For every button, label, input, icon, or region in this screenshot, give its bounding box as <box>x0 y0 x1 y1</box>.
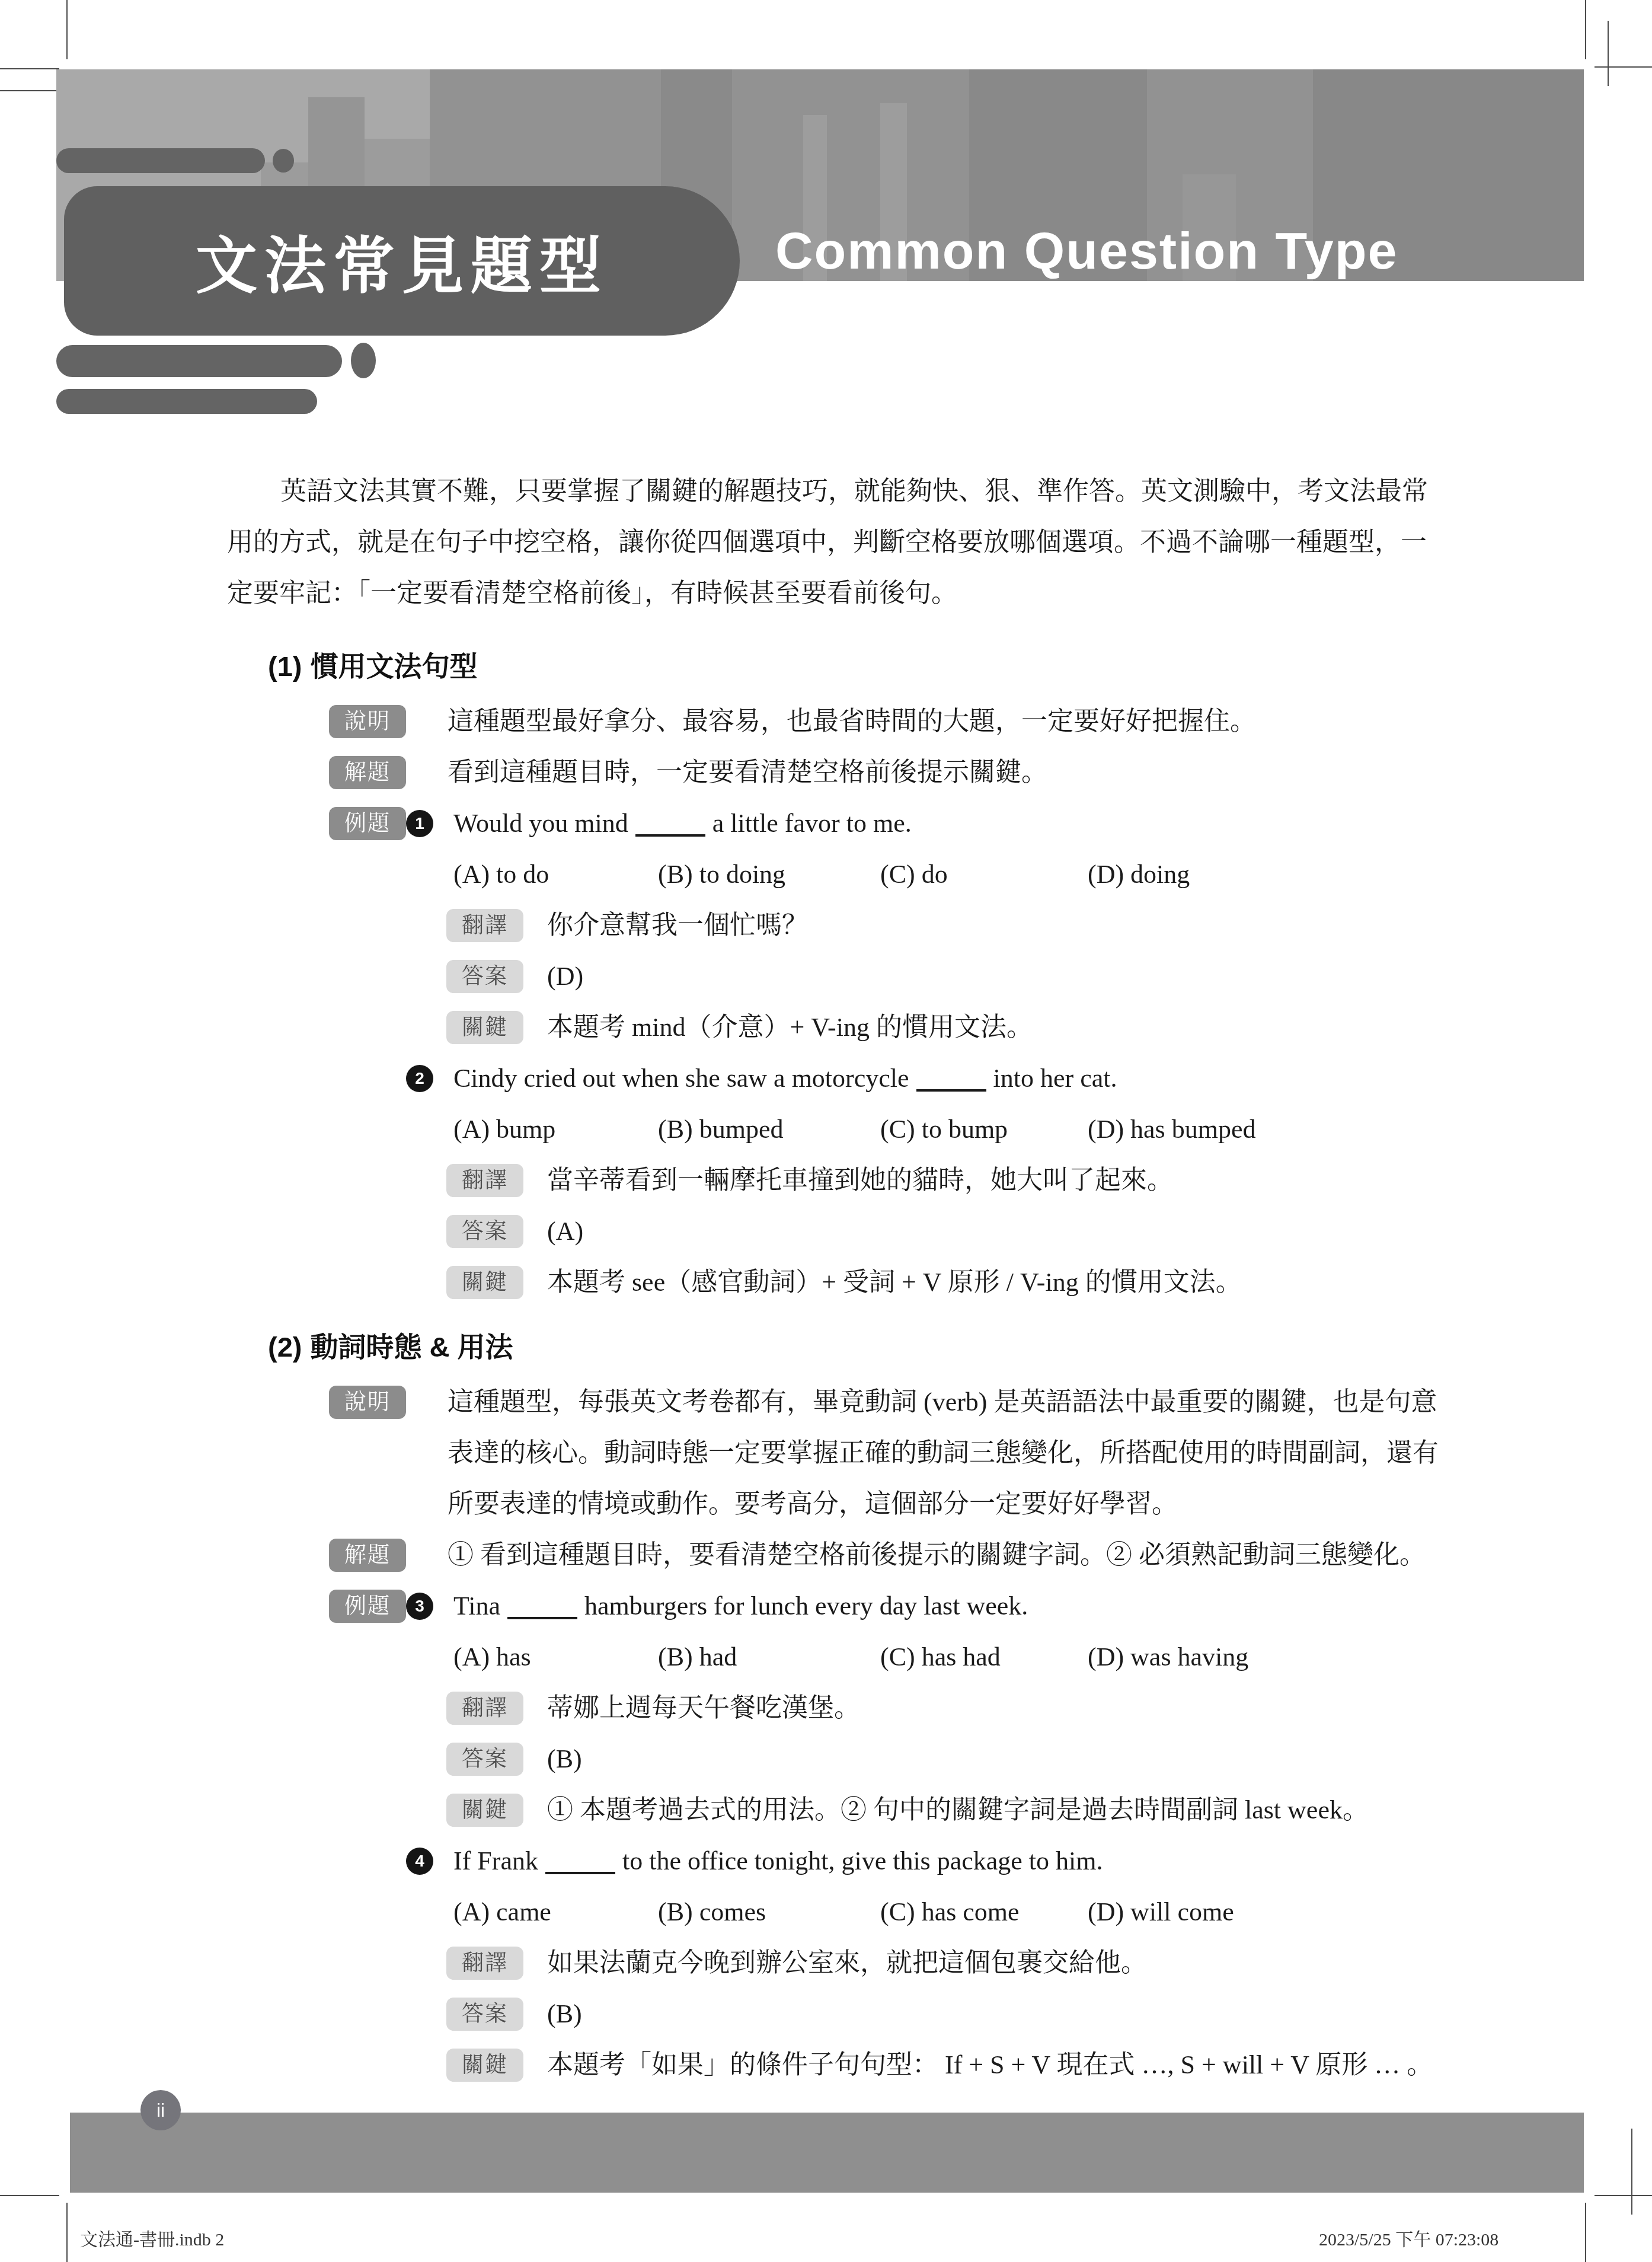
translation-text: 如果法蘭克今晚到辦公室來，就把這個包裹交給他。 <box>547 1938 1555 1989</box>
option-d: (D) doing <box>1088 849 1652 900</box>
key-badge: 關鍵 <box>446 2049 523 2082</box>
crop-mark <box>1595 66 1652 68</box>
blank-underline <box>507 1611 577 1619</box>
explain-text: 這種題型最好拿分、最容易，也最省時間的大題，一定要好好把握住。 <box>448 696 1455 747</box>
options-row: (A) has (B) had (C) has had (D) was havi… <box>453 1632 1652 1683</box>
options-row: (A) bump (B) bumped (C) to bump (D) has … <box>453 1104 1652 1155</box>
explain-text: 這種題型，每張英文考卷都有，畢竟動詞 (verb) 是英語語法中最重要的關鍵，也… <box>448 1377 1455 1530</box>
option-b: (B) comes <box>658 1887 880 1938</box>
option-a: (A) has <box>453 1632 658 1683</box>
key-row: 關鍵 本題考 see（感官動詞）+ 受詞 + V 原形 / V-ing 的慣用文… <box>446 1257 1652 1308</box>
question-row: 例題 1 Would you minda little favor to me. <box>329 798 1652 849</box>
option-a: (A) to do <box>453 849 658 900</box>
crop-mark <box>1585 0 1586 59</box>
question-before: Cindy cried out when she saw a motorcycl… <box>453 1064 909 1093</box>
question-number: 1 <box>406 810 433 837</box>
question-row: 例題 3 Tinahamburgers for lunch every day … <box>329 1581 1652 1632</box>
option-d: (D) was having <box>1088 1632 1652 1683</box>
translation-text: 你介意幫我一個忙嗎？ <box>547 900 1555 951</box>
question-row: 4 If Frankto the office tonight, give th… <box>406 1836 1652 1887</box>
section-title: 慣用文法句型 <box>310 650 477 682</box>
crop-mark <box>1595 2195 1652 2196</box>
solve-text: 看到這種題目時，一定要看清楚空格前後提示關鍵。 <box>448 747 1455 798</box>
chapter-title: 文法常見題型 <box>196 216 608 305</box>
explain-badge: 說明 <box>329 705 406 738</box>
blank-underline <box>635 828 705 837</box>
example-badge: 例題 <box>329 807 406 840</box>
option-b: (B) had <box>658 1632 880 1683</box>
blank-underline <box>545 1866 615 1874</box>
decorative-bar <box>56 389 317 414</box>
title-pill: 文法常見題型 <box>64 186 740 336</box>
key-badge: 關鍵 <box>446 1266 523 1299</box>
file-info: 文法通-書冊.indb 2 <box>80 2225 224 2251</box>
option-d: (D) has bumped <box>1088 1104 1652 1155</box>
crop-mark <box>1585 2203 1586 2262</box>
question-after: to the office tonight, give this package… <box>622 1846 1103 1875</box>
solve-row: 解題 看到這種題目時，一定要看清楚空格前後提示關鍵。 <box>329 747 1652 798</box>
chapter-title-en: Common Question Type <box>775 221 1398 281</box>
option-d: (D) will come <box>1088 1887 1652 1938</box>
answer-badge: 答案 <box>446 1998 523 2031</box>
footer-bar <box>70 2113 1584 2193</box>
key-badge: 關鍵 <box>446 1794 523 1827</box>
solve-badge: 解題 <box>329 756 406 789</box>
options-row: (A) came (B) comes (C) has come (D) will… <box>453 1887 1652 1938</box>
key-badge: 關鍵 <box>446 1011 523 1044</box>
solve-row: 解題 ① 看到這種題目時，要看清楚空格前後提示的關鍵字詞。② 必須熟記動詞三態變… <box>329 1530 1652 1581</box>
option-c: (C) has had <box>880 1632 1088 1683</box>
crop-mark <box>66 0 68 59</box>
question-before: If Frank <box>453 1846 538 1875</box>
page-content: 英語文法其實不難，只要掌握了關鍵的解題技巧，就能夠快、狠、準作答。英文測驗中，考… <box>0 440 1652 2091</box>
translation-badge: 翻譯 <box>446 1164 523 1197</box>
option-b: (B) bumped <box>658 1104 880 1155</box>
section-heading: (1)慣用文法句型 <box>268 645 1652 688</box>
question-text: Cindy cried out when she saw a motorcycl… <box>453 1053 1461 1104</box>
intro-paragraph: 英語文法其實不難，只要掌握了關鍵的解題技巧，就能夠快、狠、準作答。英文測驗中，考… <box>227 466 1431 619</box>
answer-text: (A) <box>547 1206 1555 1257</box>
section-heading: (2)動詞時態 & 用法 <box>268 1326 1652 1368</box>
key-row: 關鍵 本題考 mind（介意）+ V-ing 的慣用文法。 <box>446 1002 1652 1053</box>
answer-row: 答案 (D) <box>446 951 1652 1002</box>
decorative-bar <box>56 345 342 377</box>
key-text: 本題考 mind（介意）+ V-ing 的慣用文法。 <box>547 1002 1555 1053</box>
translation-row: 翻譯 如果法蘭克今晚到辦公室來，就把這個包裹交給他。 <box>446 1938 1652 1989</box>
translation-badge: 翻譯 <box>446 1692 523 1725</box>
crop-mark <box>0 68 59 69</box>
answer-text: (D) <box>547 951 1555 1002</box>
solve-text: ① 看到這種題目時，要看清楚空格前後提示的關鍵字詞。② 必須熟記動詞三態變化。 <box>448 1530 1455 1581</box>
key-text: 本題考「如果」的條件子句句型： If + S + V 現在式 …, S + wi… <box>547 2040 1555 2091</box>
page-number-badge: ii <box>140 2090 181 2130</box>
translation-badge: 翻譯 <box>446 909 523 942</box>
question-number: 4 <box>406 1848 433 1875</box>
explain-row: 說明 這種題型，每張英文考卷都有，畢竟動詞 (verb) 是英語語法中最重要的關… <box>329 1377 1652 1530</box>
option-c: (C) do <box>880 849 1088 900</box>
crop-mark <box>66 2203 68 2262</box>
section-title: 動詞時態 & 用法 <box>310 1331 513 1363</box>
answer-badge: 答案 <box>446 1215 523 1248</box>
answer-row: 答案 (A) <box>446 1206 1652 1257</box>
translation-badge: 翻譯 <box>446 1947 523 1980</box>
question-after: hamburgers for lunch every day last week… <box>584 1591 1028 1620</box>
section-number: (1) <box>268 650 302 682</box>
translation-row: 翻譯 你介意幫我一個忙嗎？ <box>446 900 1652 951</box>
question-before: Tina <box>453 1591 500 1620</box>
crop-mark <box>1631 2129 1632 2215</box>
option-a: (A) came <box>453 1887 658 1938</box>
options-row: (A) to do (B) to doing (C) do (D) doing <box>453 849 1652 900</box>
answer-text: (B) <box>547 1734 1555 1785</box>
solve-badge: 解題 <box>329 1539 406 1572</box>
key-text: ① 本題考過去式的用法。② 句中的關鍵字詞是過去時間副詞 last week。 <box>547 1785 1555 1836</box>
question-text: Tinahamburgers for lunch every day last … <box>453 1581 1461 1632</box>
example-badge: 例題 <box>329 1590 406 1623</box>
question-after: a little favor to me. <box>712 809 912 838</box>
option-c: (C) to bump <box>880 1104 1088 1155</box>
key-row: 關鍵 ① 本題考過去式的用法。② 句中的關鍵字詞是過去時間副詞 last wee… <box>446 1785 1652 1836</box>
book-page: Common Question Type 文法常見題型 英語文法其實不難，只要掌… <box>0 0 1652 2262</box>
decorative-bar <box>56 148 265 173</box>
answer-row: 答案 (B) <box>446 1989 1652 2040</box>
question-row: 2 Cindy cried out when she saw a motorcy… <box>406 1053 1652 1104</box>
answer-text: (B) <box>547 1989 1555 2040</box>
explain-badge: 說明 <box>329 1386 406 1419</box>
question-after: into her cat. <box>993 1064 1117 1093</box>
crop-mark <box>1608 21 1609 86</box>
key-text: 本題考 see（感官動詞）+ 受詞 + V 原形 / V-ing 的慣用文法。 <box>547 1257 1555 1308</box>
print-timestamp: 2023/5/25 下午 07:23:08 <box>1319 2225 1498 2251</box>
blank-underline <box>916 1083 986 1092</box>
translation-row: 翻譯 蒂娜上週每天午餐吃漢堡。 <box>446 1683 1652 1734</box>
crop-mark <box>0 2195 59 2196</box>
answer-badge: 答案 <box>446 960 523 993</box>
section-number: (2) <box>268 1331 302 1363</box>
option-c: (C) has come <box>880 1887 1088 1938</box>
key-row: 關鍵 本題考「如果」的條件子句句型： If + S + V 現在式 …, S +… <box>446 2040 1652 2091</box>
answer-row: 答案 (B) <box>446 1734 1652 1785</box>
crop-mark <box>0 90 59 91</box>
question-number: 3 <box>406 1593 433 1620</box>
translation-row: 翻譯 當辛蒂看到一輛摩托車撞到她的貓時，她大叫了起來。 <box>446 1155 1652 1206</box>
translation-text: 當辛蒂看到一輛摩托車撞到她的貓時，她大叫了起來。 <box>547 1155 1555 1206</box>
answer-badge: 答案 <box>446 1743 523 1776</box>
question-before: Would you mind <box>453 809 628 838</box>
translation-text: 蒂娜上週每天午餐吃漢堡。 <box>547 1683 1555 1734</box>
decorative-dot <box>351 343 376 378</box>
decorative-dot <box>273 149 294 173</box>
question-text: If Frankto the office tonight, give this… <box>453 1836 1461 1887</box>
question-number: 2 <box>406 1065 433 1092</box>
question-text: Would you minda little favor to me. <box>453 798 1461 849</box>
option-a: (A) bump <box>453 1104 658 1155</box>
explain-row: 說明 這種題型最好拿分、最容易，也最省時間的大題，一定要好好把握住。 <box>329 696 1652 747</box>
option-b: (B) to doing <box>658 849 880 900</box>
